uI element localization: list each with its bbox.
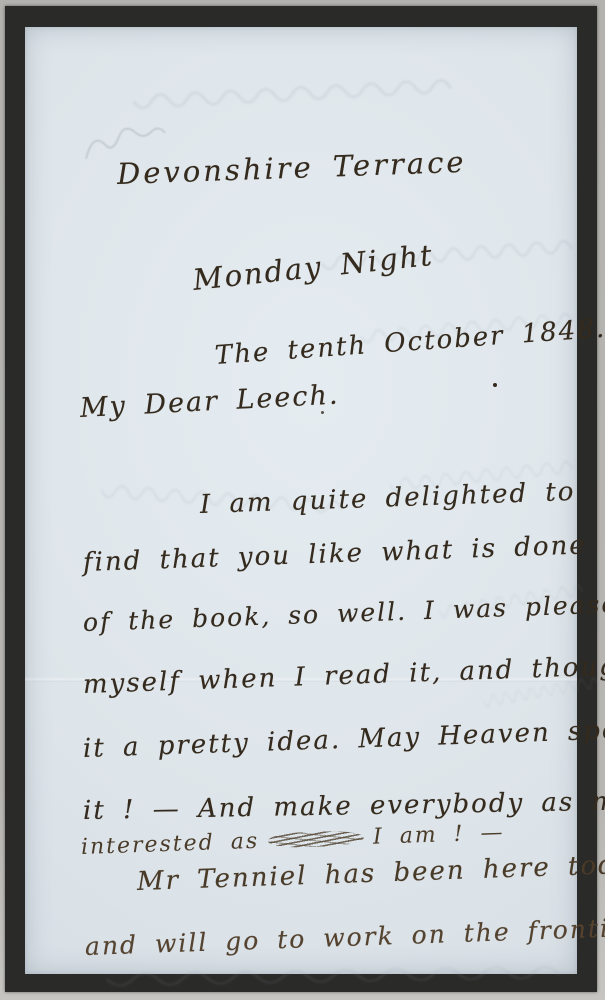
letter-photograph: Devonshire Terrace Monday Night The tent… (0, 0, 605, 1000)
show-through-ghost-text (124, 64, 456, 123)
ink-speck (321, 411, 324, 414)
letter-body-line-with-correction: interested asI am ! — (81, 820, 505, 860)
letter-paper: Devonshire Terrace Monday Night The tent… (25, 27, 577, 974)
scratched-out-word (268, 830, 364, 848)
letter-body-line: it ! — And make everybody as much (83, 786, 605, 826)
show-through-ghost-text (95, 953, 566, 999)
letter-body-line: of the book, so well. I was pleased (82, 589, 605, 637)
ink-speck (493, 383, 497, 387)
letter-body-line: it a pretty idea. May Heaven speed (82, 714, 605, 764)
letter-body-line: find that you like what is done (82, 530, 587, 578)
letter-salutation: My Dear Leech. (79, 379, 340, 424)
letter-body-line: Mr Tenniel has been here today (136, 849, 605, 897)
letter-body-text: I am ! — (373, 820, 505, 850)
letter-body-text: interested as (81, 829, 260, 860)
